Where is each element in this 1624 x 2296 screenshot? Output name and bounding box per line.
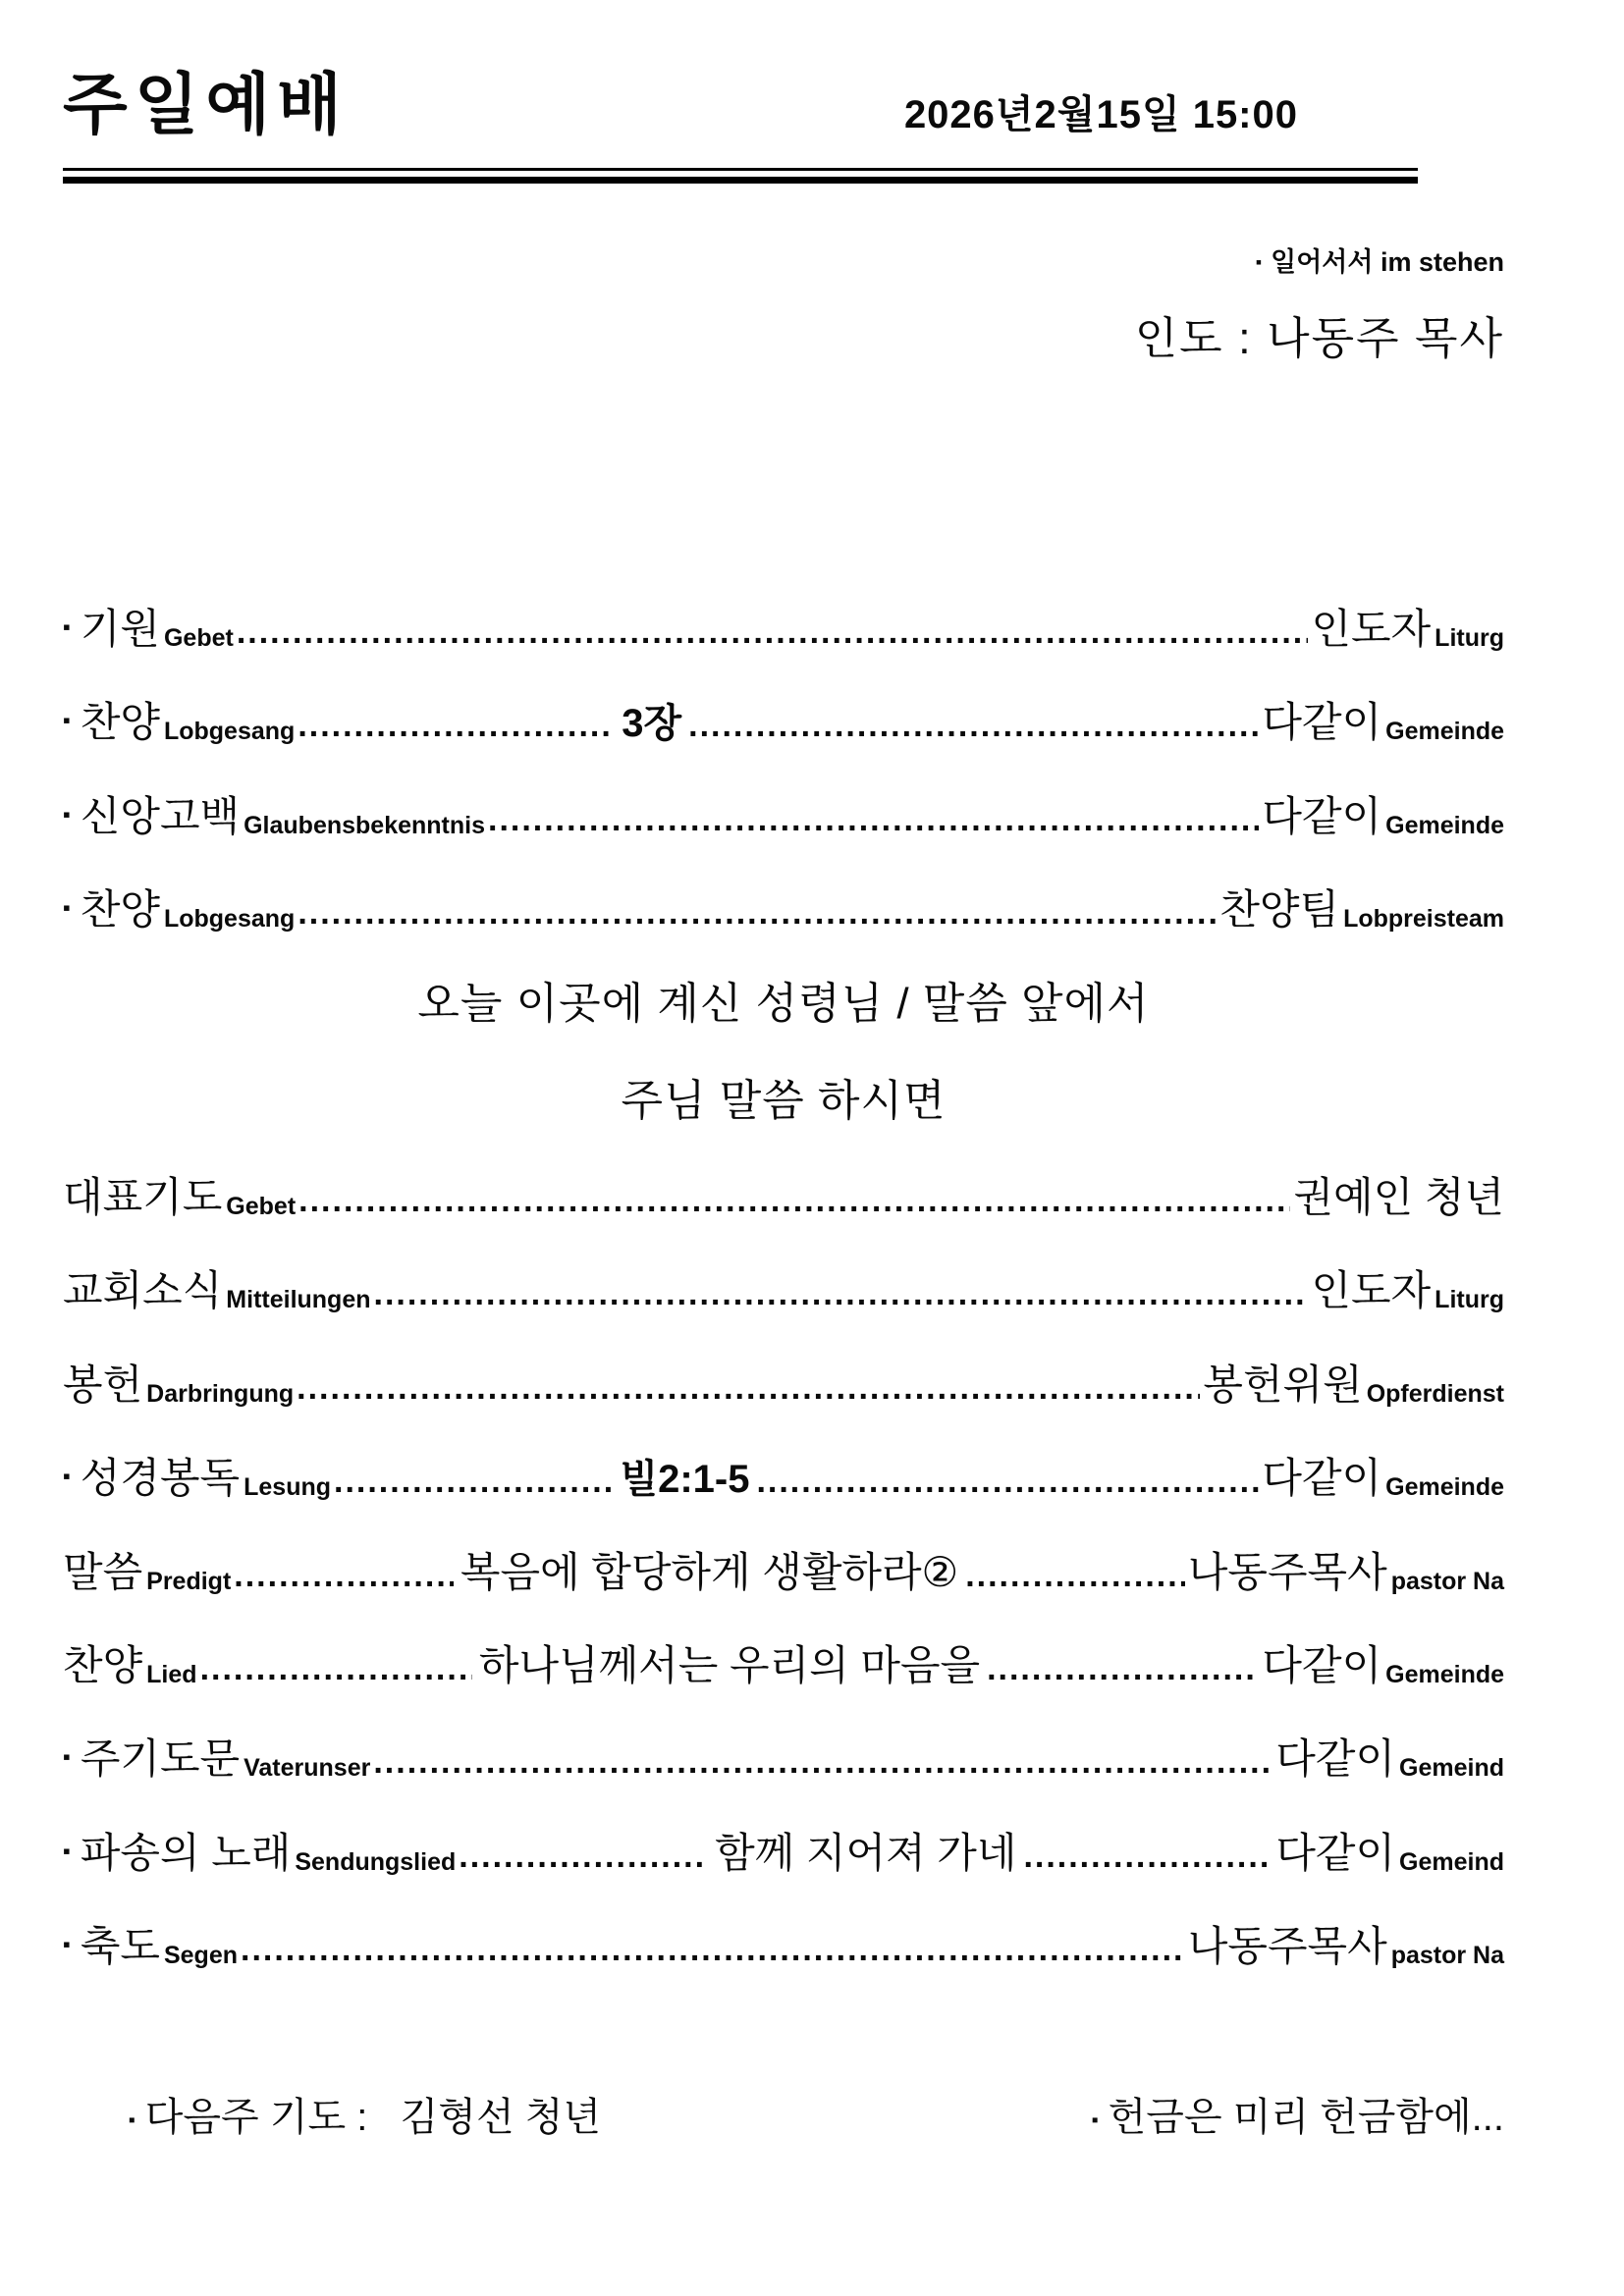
service-datetime: 2026년2월15일 15:00	[904, 83, 1504, 139]
item-name-de: Lobgesang	[164, 904, 295, 934]
order-item: ▪ 찬양 Lobgesang .........................…	[63, 698, 1504, 747]
item-by-de: Gemeinde	[1385, 811, 1504, 840]
interlude-line: 주님 말씀 하시면	[63, 1076, 1504, 1128]
item-name-de: Vaterunser	[244, 1753, 370, 1783]
item-name-ko: 성경봉독	[81, 1454, 240, 1503]
footer: ▪다음주 기도 : 김형선 청년 ▪헌금은 미리 헌금함에...	[63, 2042, 1504, 2186]
dotted-leader: ........................................…	[200, 1649, 472, 1689]
item-name-ko: 말씀	[63, 1548, 142, 1597]
dotted-leader: ........................................…	[298, 706, 615, 746]
order-item: ▪ 주기도문 Vaterunser ......................…	[63, 1735, 1504, 1784]
order-item: ▪ 찬양 Lobgesang .........................…	[63, 885, 1504, 934]
item-by-de: Gemeind	[1399, 1753, 1504, 1783]
order-item: 찬양 Lied ................................…	[63, 1641, 1504, 1690]
item-name-de: Lobgesang	[164, 717, 295, 746]
item-name-de: Lied	[146, 1660, 196, 1689]
item-by-ko: 다같이	[1275, 1829, 1395, 1878]
item-by-ko: 다같이	[1262, 698, 1381, 747]
order-of-service: ▪ 기원 Gebet .............................…	[63, 605, 1504, 1972]
bullet-square-icon: ▪	[63, 895, 71, 921]
bullet-square-icon: ▪	[63, 614, 71, 640]
item-middle-text: 복음에 합당하게 생활하라②	[460, 1548, 958, 1597]
item-by-ko: 다같이	[1262, 1454, 1381, 1503]
dotted-leader: ........................................…	[234, 1556, 454, 1596]
page-title: 주일예배	[63, 69, 349, 142]
dotted-leader: ........................................…	[237, 613, 1309, 653]
item-name-ko: 봉헌	[63, 1361, 142, 1410]
item-by-ko: 인도자	[1311, 1266, 1431, 1315]
item-by-de: pastor Na	[1391, 1941, 1504, 1970]
interlude-line: 오늘 이곳에 계신 성령님 / 말씀 앞에서	[63, 979, 1504, 1031]
item-by-ko: 나동주목사	[1188, 1922, 1387, 1971]
dotted-leader: ........................................…	[987, 1649, 1259, 1689]
item-name-ko: 파송의 노래	[81, 1829, 292, 1878]
item-name-de: Sendungslied	[295, 1847, 456, 1877]
dotted-leader: ........................................…	[241, 1930, 1185, 1970]
order-item: ▪ 성경봉독 Lesung ..........................…	[63, 1454, 1504, 1503]
item-by-ko: 다같이	[1275, 1735, 1395, 1784]
dotted-leader: ........................................…	[298, 1181, 1290, 1221]
dotted-leader: ........................................…	[756, 1462, 1259, 1502]
next-week-prayer-note: ▪다음주 기도 : 김형선 청년	[63, 2042, 601, 2186]
item-middle-text: 3장	[622, 700, 681, 747]
bullet-square-icon: ▪	[1256, 252, 1262, 272]
item-name-de: Lesung	[244, 1472, 331, 1502]
dotted-leader: ........................................…	[373, 1742, 1272, 1783]
bullet-square-icon: ▪	[63, 802, 71, 828]
dotted-leader: ........................................…	[459, 1837, 708, 1877]
item-by-de: Lobpreisteam	[1343, 904, 1504, 934]
order-item: ▪ 신앙고백 Glaubensbekenntnis ..............…	[63, 792, 1504, 841]
offering-note: ▪헌금은 미리 헌금함에...	[1026, 2042, 1504, 2186]
item-by-de: Liturg	[1435, 1285, 1504, 1314]
item-by-ko: 인도자	[1311, 605, 1431, 654]
item-name-ko: 찬양	[81, 698, 160, 747]
item-name-de: Gebet	[164, 623, 234, 653]
item-name-ko: 주기도문	[81, 1735, 240, 1784]
item-by-de: Liturg	[1435, 623, 1504, 653]
item-middle-text: 하나님께서는 우리의 마음을	[479, 1641, 980, 1690]
offering-note-text: 헌금은 미리 헌금함에...	[1109, 2096, 1504, 2139]
order-item: ▪ 축도 Segen .............................…	[63, 1922, 1504, 1971]
bullet-square-icon: ▪	[1092, 2109, 1099, 2131]
dotted-leader: ........................................…	[334, 1462, 613, 1502]
item-by-de: Gemeinde	[1385, 717, 1504, 746]
order-item: ▪ 파송의 노래 Sendungslied ..................…	[63, 1829, 1504, 1878]
item-name-ko: 대표기도	[63, 1173, 222, 1222]
order-item: ▪ 기원 Gebet .............................…	[63, 605, 1504, 654]
bullet-square-icon: ▪	[63, 1744, 71, 1770]
item-by-ko: 권예인 청년	[1293, 1173, 1504, 1222]
bullet-square-icon: ▪	[63, 1932, 71, 1957]
item-by-de: Gemeinde	[1385, 1472, 1504, 1502]
dotted-leader: ........................................…	[298, 893, 1217, 934]
item-name-ko: 찬양	[81, 885, 160, 934]
item-name-ko: 축도	[81, 1922, 160, 1971]
item-by-de: Opferdienst	[1367, 1379, 1504, 1409]
item-middle-text: 함께 지어져 가네	[715, 1829, 1016, 1878]
bullet-square-icon: ▪	[63, 1464, 71, 1489]
order-item: 말씀 Predigt .............................…	[63, 1548, 1504, 1597]
item-name-ko: 찬양	[63, 1641, 142, 1690]
service-leader-line: 인도 : 나동주 목사	[63, 302, 1504, 366]
next-week-prayer-text: 다음주 기도 : 김형선 청년	[145, 2096, 601, 2139]
item-name-de: Glaubensbekenntnis	[244, 811, 485, 840]
item-name-de: Gebet	[226, 1192, 296, 1221]
stand-note-text: 일어서서 im stehen	[1271, 247, 1504, 277]
dotted-leader: ........................................…	[965, 1556, 1185, 1596]
item-by-de: pastor Na	[1391, 1567, 1504, 1596]
item-middle-text: 빌2:1-5	[620, 1456, 749, 1503]
bulletin-page: 주일예배 2026년2월15일 15:00 ▪일어서서 im stehen 인도…	[0, 0, 1624, 2296]
item-name-ko: 신앙고백	[81, 792, 240, 841]
item-by-ko: 다같이	[1262, 1641, 1381, 1690]
order-item: 봉헌 Darbringung .........................…	[63, 1361, 1504, 1410]
order-item: 대표기도 Gebet .............................…	[63, 1173, 1504, 1222]
item-name-ko: 교회소식	[63, 1266, 222, 1315]
item-by-de: Gemeinde	[1385, 1660, 1504, 1689]
bullet-square-icon: ▪	[63, 708, 71, 733]
item-name-de: Segen	[164, 1941, 238, 1970]
header-divider	[63, 168, 1418, 184]
dotted-leader: ........................................…	[488, 800, 1259, 840]
dotted-leader: ........................................…	[297, 1368, 1200, 1409]
item-by-de: Gemeind	[1399, 1847, 1504, 1877]
dotted-leader: ........................................…	[688, 706, 1259, 746]
item-name-de: Darbringung	[146, 1379, 294, 1409]
item-by-ko: 다같이	[1262, 792, 1381, 841]
item-name-de: Predigt	[146, 1567, 231, 1596]
dotted-leader: ........................................…	[1023, 1837, 1272, 1877]
item-name-ko: 기원	[81, 605, 160, 654]
dotted-leader: ........................................…	[374, 1274, 1309, 1314]
item-by-ko: 나동주목사	[1188, 1548, 1387, 1597]
bullet-square-icon: ▪	[63, 1839, 71, 1864]
header: 주일예배 2026년2월15일 15:00	[63, 69, 1504, 142]
order-item: 교회소식 Mitteilungen ......................…	[63, 1266, 1504, 1315]
bullet-square-icon: ▪	[129, 2109, 135, 2131]
stand-note: ▪일어서서 im stehen	[63, 240, 1504, 279]
item-by-ko: 찬양팀	[1219, 885, 1339, 934]
item-name-de: Mitteilungen	[226, 1285, 370, 1314]
item-by-ko: 봉헌위원	[1203, 1361, 1362, 1410]
